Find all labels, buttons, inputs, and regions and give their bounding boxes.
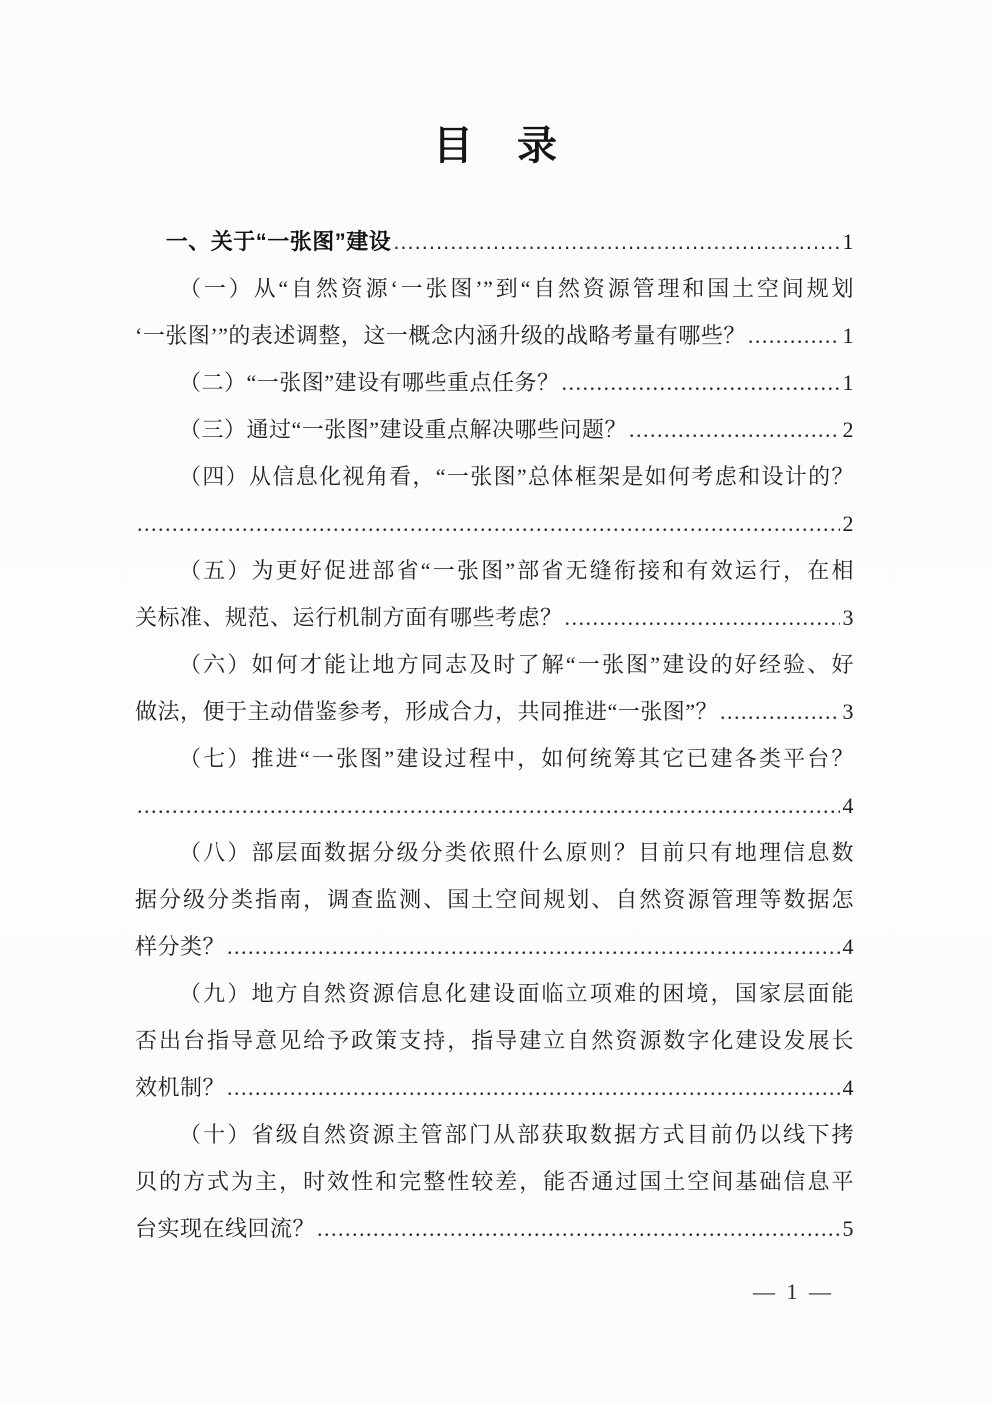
toc-page-number: 4 <box>842 782 855 829</box>
toc-page-number: 1 <box>842 312 855 359</box>
toc-entry-line: （六）如何才能让地方同志及时了解“一张图”建设的好经验、好 <box>135 641 854 688</box>
toc-entry: （七）推进“一张图”建设过程中，如何统筹其它已建各类平台？4 <box>135 735 854 829</box>
toc-page-number: 2 <box>842 406 855 453</box>
toc-entry-lastline: 2 <box>135 500 854 547</box>
toc-list: 一、关于“一张图”建设1（一）从“自然资源‘一张图’”到“自然资源管理和国土空间… <box>135 218 854 1252</box>
toc-entry-line: （九）地方自然资源信息化建设面临立项难的困境，国家层面能 <box>135 970 854 1017</box>
dot-leader <box>629 406 839 453</box>
toc-entry-text: 做法，便于主动借鉴参考，形成合力，共同推进“一张图”？ <box>135 688 718 735</box>
toc-entry: （一）从“自然资源‘一张图’”到“自然资源管理和国土空间规划‘一张图’”的表述调… <box>135 265 854 359</box>
toc-entry-lastline: 4 <box>135 782 854 829</box>
toc-entry-line: （八）部层面数据分级分类依照什么原则？目前只有地理信息数 <box>135 829 854 876</box>
toc-entry: （六）如何才能让地方同志及时了解“一张图”建设的好经验、好做法，便于主动借鉴参考… <box>135 641 854 735</box>
toc-entry: 一、关于“一张图”建设1 <box>135 218 854 265</box>
toc-entry-line: （十）省级自然资源主管部门从部获取数据方式目前仍以线下拷 <box>135 1111 854 1158</box>
toc-entry-lastline: 效机制？4 <box>135 1064 854 1111</box>
dot-leader <box>720 688 839 735</box>
toc-entry-line: （一）从“自然资源‘一张图’”到“自然资源管理和国土空间规划 <box>135 265 854 312</box>
toc-entry-lastline: 样分类？4 <box>135 923 854 970</box>
dot-leader <box>137 782 840 829</box>
toc-page-number: 3 <box>842 688 855 735</box>
toc-entry-text: 一、关于“一张图”建设 <box>166 218 392 265</box>
dot-leader <box>393 218 839 265</box>
toc-entry-lastline: 关标准、规范、运行机制方面有哪些考虑？3 <box>135 594 854 641</box>
dot-leader <box>565 594 840 641</box>
toc-entry: （九）地方自然资源信息化建设面临立项难的困境，国家层面能否出台指导意见给予政策支… <box>135 970 854 1111</box>
toc-entry-lastline: ‘一张图’”的表述调整，这一概念内涵升级的战略考量有哪些？1 <box>135 312 854 359</box>
toc-entry-text: 效机制？ <box>135 1064 225 1111</box>
toc-page-number: 1 <box>842 359 855 406</box>
toc-entry: （二）“一张图”建设有哪些重点任务？1 <box>135 359 854 406</box>
toc-entry-lastline: （三）通过“一张图”建设重点解决哪些问题？2 <box>135 406 854 453</box>
toc-page-number: 1 <box>842 218 855 265</box>
dot-leader <box>227 923 839 970</box>
toc-page-number: 5 <box>842 1205 855 1252</box>
toc-entry-text: 样分类？ <box>135 923 225 970</box>
toc-entry-lastline: （二）“一张图”建设有哪些重点任务？1 <box>135 359 854 406</box>
toc-page-number: 2 <box>842 500 855 547</box>
toc-page-number: 4 <box>842 1064 855 1111</box>
toc-entry-text: 台实现在线回流？ <box>135 1205 315 1252</box>
toc-entry-line: （四）从信息化视角看，“一张图”总体框架是如何考虑和设计的？ <box>135 453 854 500</box>
toc-entry: （五）为更好促进部省“一张图”部省无缝衔接和有效运行，在相关标准、规范、运行机制… <box>135 547 854 641</box>
toc-entry-text: ‘一张图’”的表述调整，这一概念内涵升级的战略考量有哪些？ <box>135 312 746 359</box>
toc-entry: （八）部层面数据分级分类依照什么原则？目前只有地理信息数据分级分类指南，调查监测… <box>135 829 854 970</box>
dot-leader <box>748 312 840 359</box>
dot-leader <box>137 500 840 547</box>
toc-entry-lastline: 一、关于“一张图”建设1 <box>135 218 854 265</box>
toc-entry-line: （七）推进“一张图”建设过程中，如何统筹其它已建各类平台？ <box>135 735 854 782</box>
toc-entry-text: （三）通过“一张图”建设重点解决哪些问题？ <box>179 406 627 453</box>
toc-entry: （四）从信息化视角看，“一张图”总体框架是如何考虑和设计的？2 <box>135 453 854 547</box>
toc-entry-line: （五）为更好促进部省“一张图”部省无缝衔接和有效运行，在相 <box>135 547 854 594</box>
toc-entry-line: 否出台指导意见给予政策支持，指导建立自然资源数字化建设发展长 <box>135 1017 854 1064</box>
toc-page-number: 4 <box>842 923 855 970</box>
toc-entry-line: 据分级分类指南，调查监测、国土空间规划、自然资源管理等数据怎 <box>135 876 854 923</box>
page-title: 目 录 <box>0 118 992 174</box>
toc-entry: （三）通过“一张图”建设重点解决哪些问题？2 <box>135 406 854 453</box>
toc-entry: （十）省级自然资源主管部门从部获取数据方式目前仍以线下拷贝的方式为主，时效性和完… <box>135 1111 854 1252</box>
dot-leader <box>227 1064 839 1111</box>
footer-page-number: — 1 — <box>753 1279 834 1305</box>
toc-page-number: 3 <box>842 594 855 641</box>
dot-leader <box>317 1205 839 1252</box>
dot-leader <box>562 359 840 406</box>
document-page: 目 录 一、关于“一张图”建设1（一）从“自然资源‘一张图’”到“自然资源管理和… <box>0 0 992 1403</box>
toc-entry-lastline: 台实现在线回流？5 <box>135 1205 854 1252</box>
toc-entry-text: 关标准、规范、运行机制方面有哪些考虑？ <box>135 594 563 641</box>
toc-entry-lastline: 做法，便于主动借鉴参考，形成合力，共同推进“一张图”？3 <box>135 688 854 735</box>
toc-entry-line: 贝的方式为主，时效性和完整性较差，能否通过国土空间基础信息平 <box>135 1158 854 1205</box>
toc-entry-text: （二）“一张图”建设有哪些重点任务？ <box>179 359 560 406</box>
